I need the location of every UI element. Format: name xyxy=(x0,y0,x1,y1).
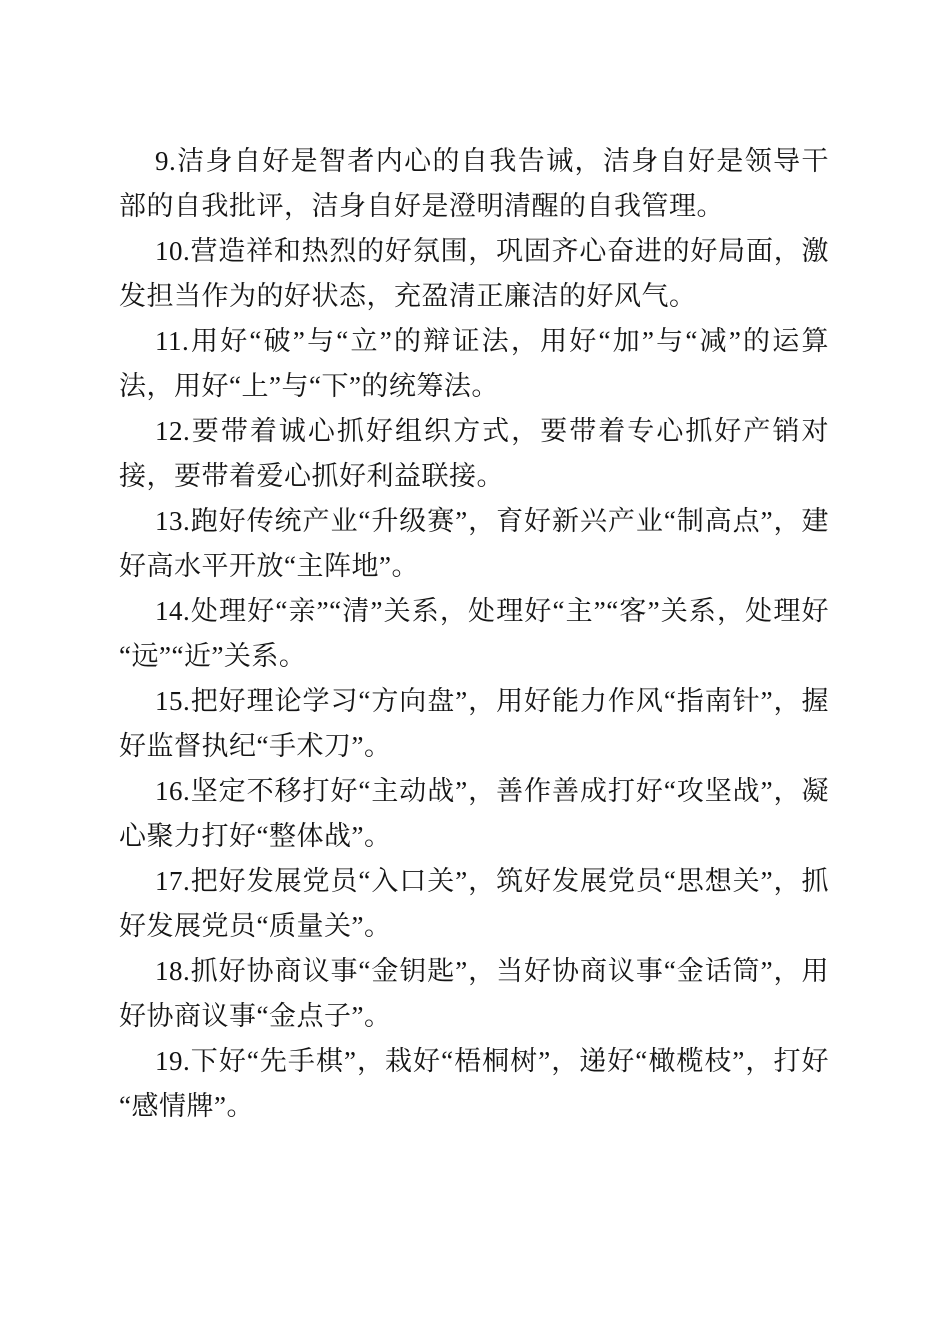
paragraph-item-11: 11.用好“破”与“立”的辩证法，用好“加”与“减”的运算法，用好“上”与“下”… xyxy=(119,319,829,409)
paragraph-item-16: 16.坚定不移打好“主动战”，善作善成打好“攻坚战”，凝心聚力打好“整体战”。 xyxy=(119,769,829,859)
paragraph-item-18: 18.抓好协商议事“金钥匙”，当好协商议事“金话筒”，用好协商议事“金点子”。 xyxy=(119,949,829,1039)
paragraph-item-14: 14.处理好“亲”“清”关系，处理好“主”“客”关系，处理好“远”“近”关系。 xyxy=(119,589,829,679)
paragraph-item-12: 12.要带着诚心抓好组织方式，要带着专心抓好产销对接，要带着爱心抓好利益联接。 xyxy=(119,409,829,499)
paragraph-item-10: 10.营造祥和热烈的好氛围，巩固齐心奋进的好局面，激发担当作为的好状态，充盈清正… xyxy=(119,229,829,319)
paragraph-item-15: 15.把好理论学习“方向盘”，用好能力作风“指南针”，握好监督执纪“手术刀”。 xyxy=(119,679,829,769)
paragraph-item-13: 13.跑好传统产业“升级赛”，育好新兴产业“制高点”，建好高水平开放“主阵地”。 xyxy=(119,499,829,589)
paragraph-item-19: 19.下好“先手棋”，栽好“梧桐树”，递好“橄榄枝”，打好“感情牌”。 xyxy=(119,1039,829,1129)
document-page: 9.洁身自好是智者内心的自我告诫，洁身自好是领导干部的自我批评，洁身自好是澄明清… xyxy=(119,0,829,1129)
paragraph-item-9: 9.洁身自好是智者内心的自我告诫，洁身自好是领导干部的自我批评，洁身自好是澄明清… xyxy=(119,139,829,229)
paragraph-item-17: 17.把好发展党员“入口关”，筑好发展党员“思想关”，抓好发展党员“质量关”。 xyxy=(119,859,829,949)
